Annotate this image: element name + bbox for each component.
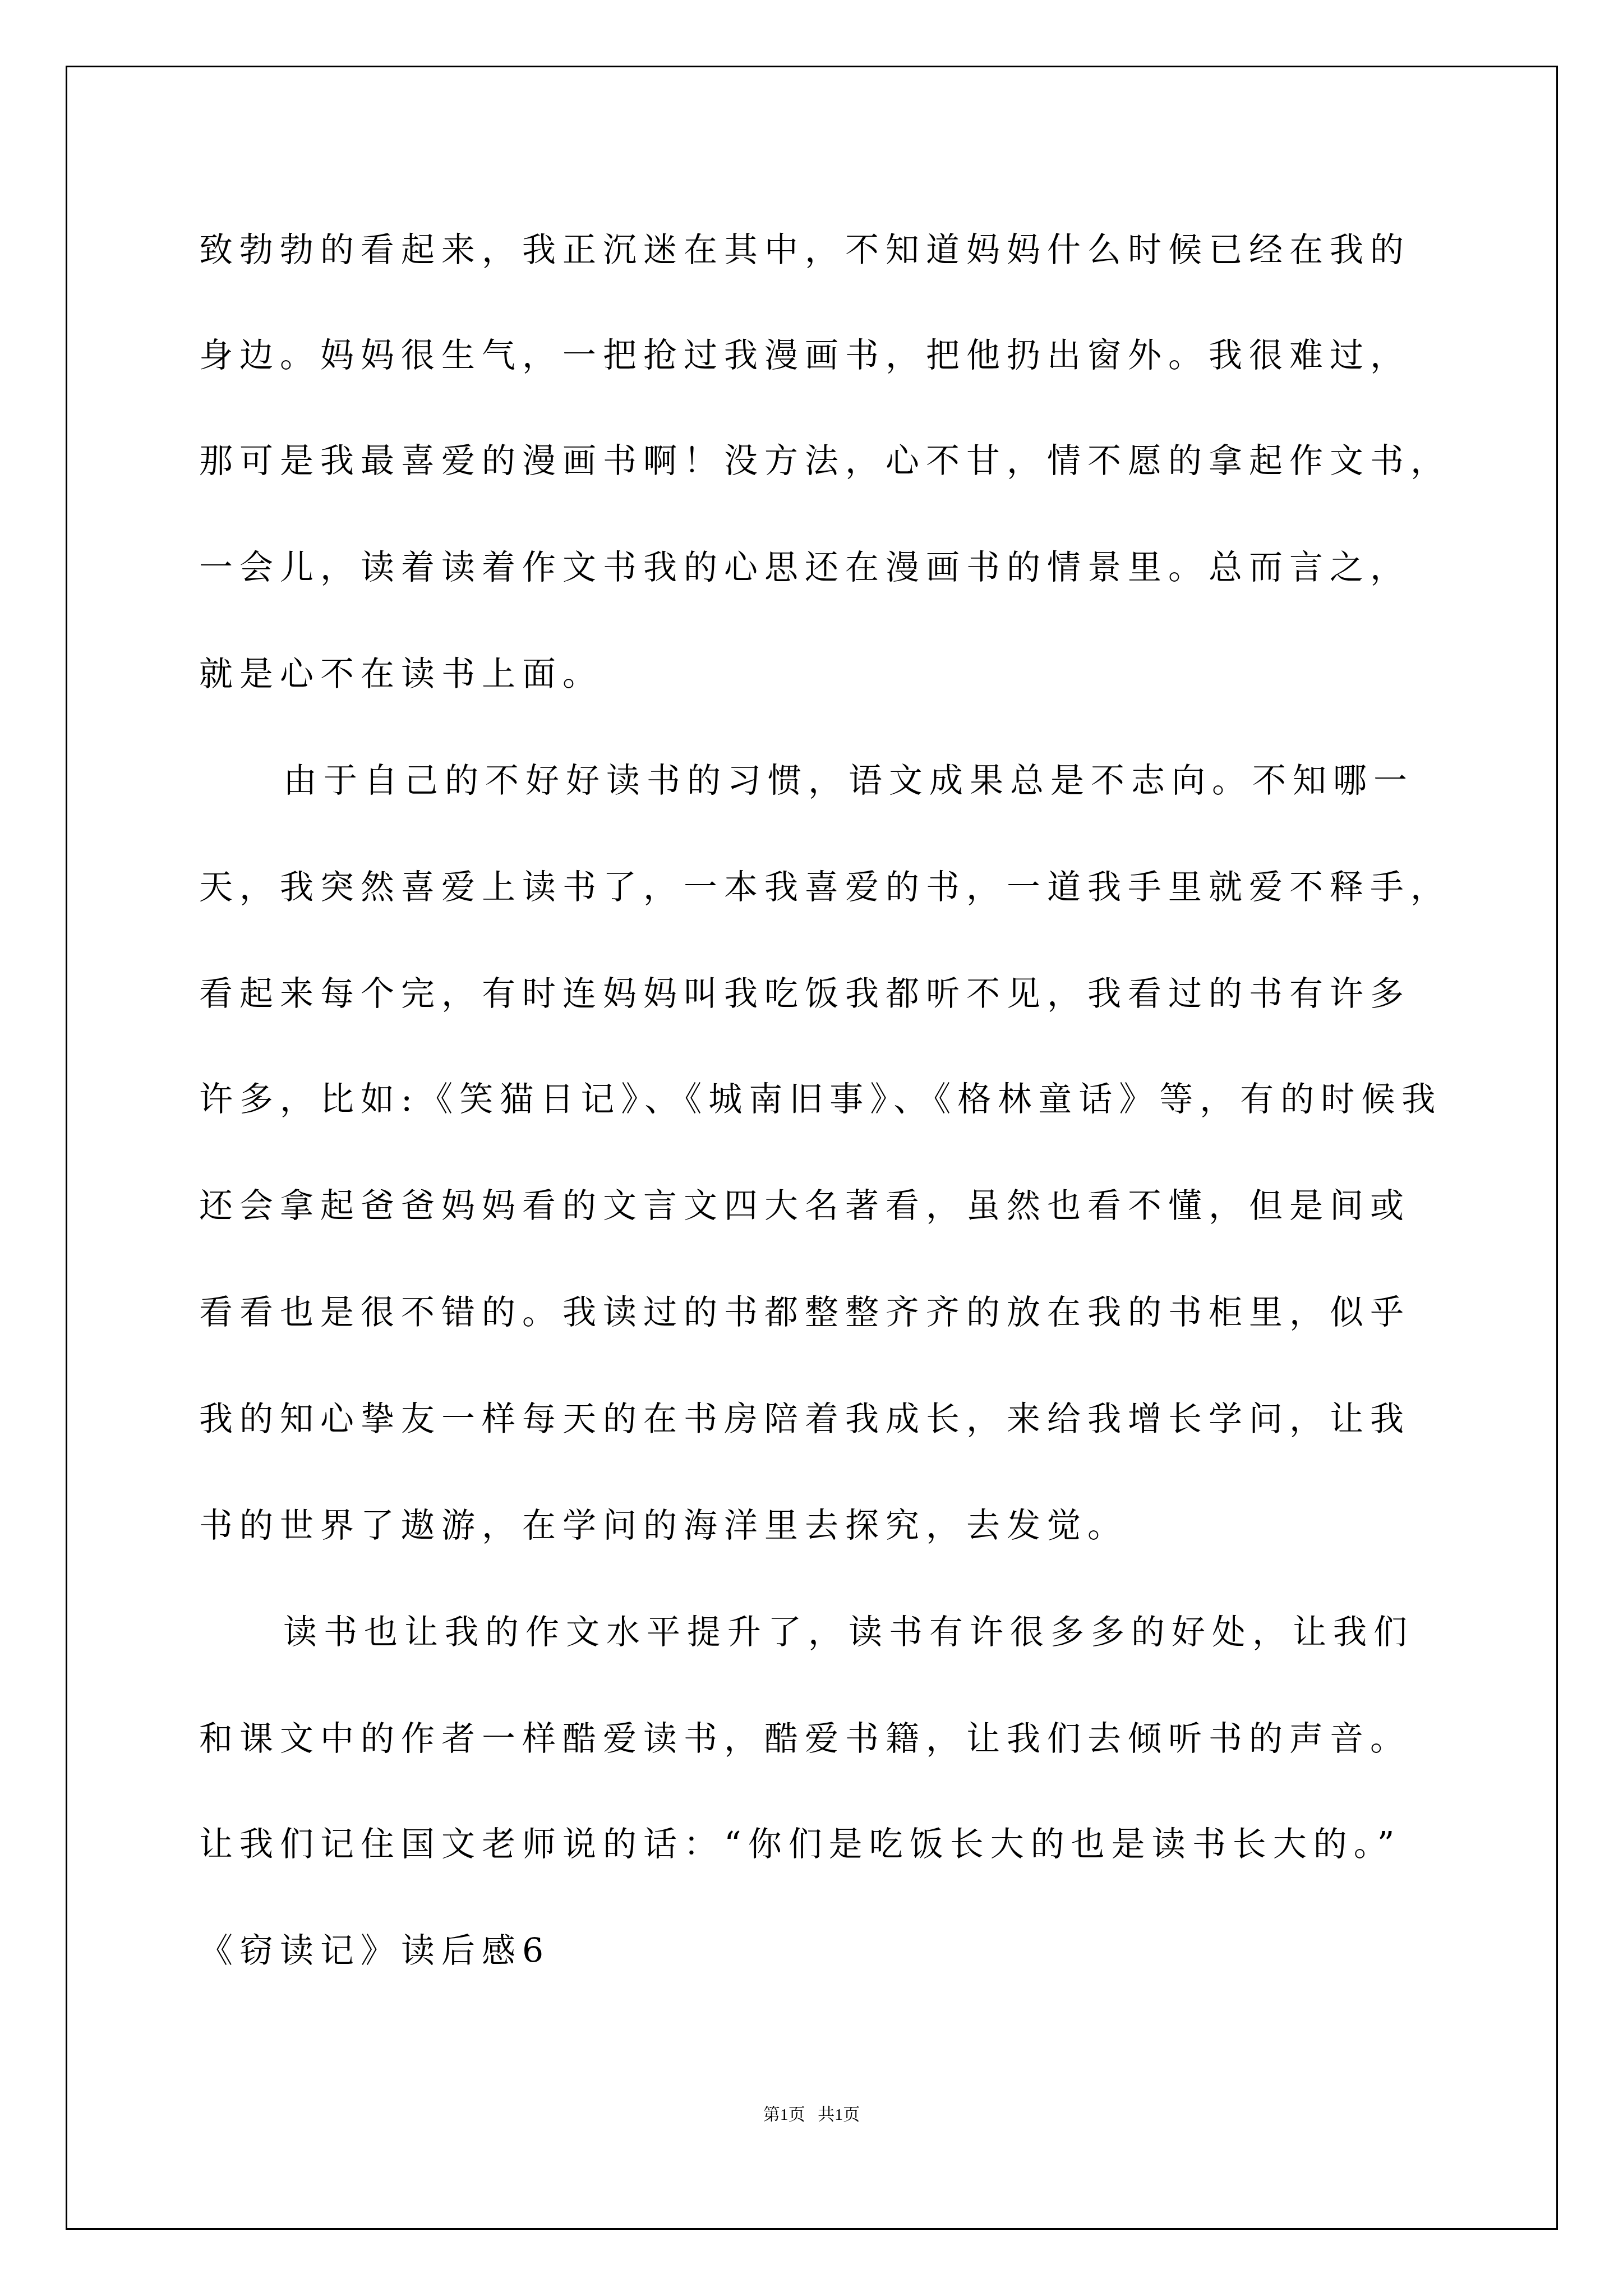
paragraph-start-line: 读书也让我的作文水平提升了，读书有许很多多的好处，让我们 xyxy=(283,1612,1414,1653)
text-line: 看看也是很不错的。我读过的书都整整齐齐的放在我的书柜里，似乎 xyxy=(199,1292,1410,1333)
text-line: 书的世界了遨游，在学问的海洋里去探究，去发觉。 xyxy=(199,1506,1128,1546)
text-line: 让我们记住国文老师说的话：“你们是吃饭长大的也是读书长大的。” xyxy=(199,1824,1401,1865)
text-line: 就是心不在读书上面。 xyxy=(199,654,603,694)
text-line: 还会拿起爸爸妈妈看的文言文四大名著看，虽然也看不懂，但是间或 xyxy=(199,1186,1410,1226)
page-border xyxy=(66,66,1558,2230)
text-line: 和课文中的作者一样酷爱读书，酷爱书籍，让我们去倾听书的声音。 xyxy=(199,1719,1410,1759)
text-line: 致勃勃的看起来，我正沉迷在其中，不知道妈妈什么时候已经在我的 xyxy=(199,230,1410,270)
paragraph-start-line: 由于自己的不好好读书的习惯，语文成果总是不志向。不知哪一 xyxy=(283,761,1414,801)
text-line: 看起来每个完，有时连妈妈叫我吃饭我都听不见，我看过的书有许多 xyxy=(199,974,1410,1014)
section-title: 《窃读记》读后感6 xyxy=(199,1931,550,1971)
page-number-footer: 第1页 共1页 xyxy=(0,2105,1623,2125)
text-line: 一会儿，读着读着作文书我的心思还在漫画书的情景里。总而言之， xyxy=(199,547,1410,588)
text-line: 天，我突然喜爱上读书了，一本我喜爱的书，一道我手里就爱不释手， xyxy=(199,867,1451,908)
text-line: 身边。妈妈很生气，一把抢过我漫画书，把他扔出窗外。我很难过， xyxy=(199,335,1410,376)
text-line: 那可是我最喜爱的漫画书啊！没方法，心不甘，情不愿的拿起作文书， xyxy=(199,441,1451,481)
text-line: 许多，比如:《笑猫日记》、《城南旧事》、《格林童话》等，有的时候我 xyxy=(199,1079,1442,1120)
text-line: 我的知心挚友一样每天的在书房陪着我成长，来给我增长学问，让我 xyxy=(199,1399,1410,1439)
